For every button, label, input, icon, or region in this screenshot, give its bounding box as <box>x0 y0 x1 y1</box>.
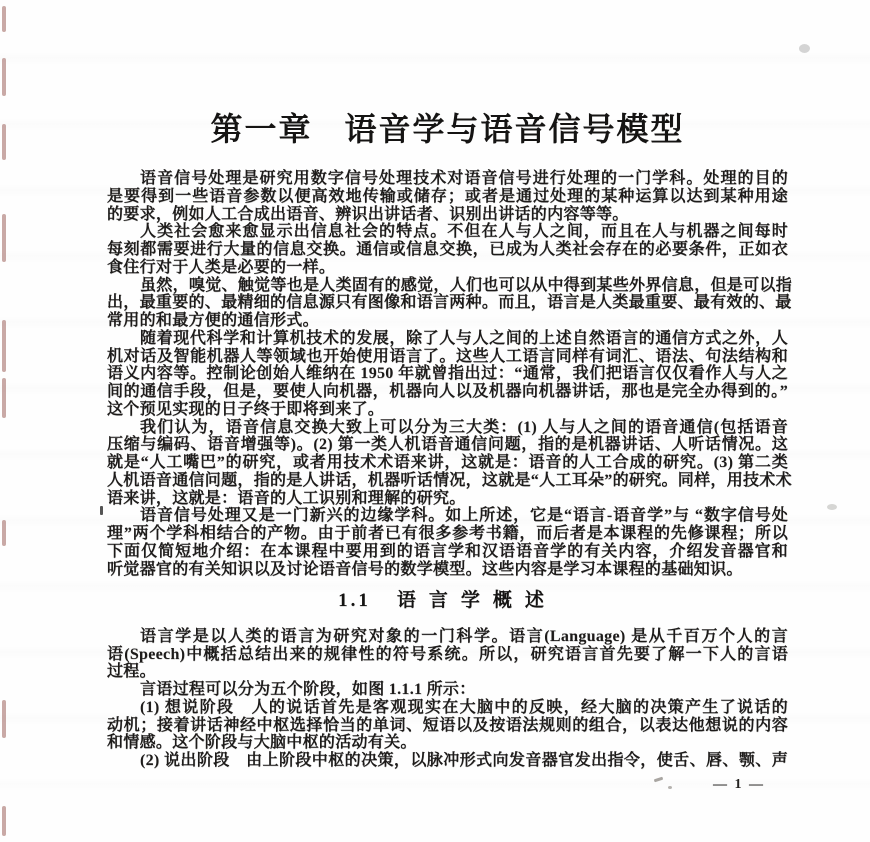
text-line: 和情感。这个阶段与大脑中枢的活动有关。 <box>107 734 788 752</box>
text-line: 动机；接着讲话神经中枢选择恰当的单词、短语以及按语法规则的组合，以表达他想说的内… <box>107 717 788 735</box>
paragraph: 言语过程可以分为五个阶段，如图 1.1.1 所示： <box>107 681 788 699</box>
scan-edge-mark <box>2 6 6 32</box>
section-heading: 1.1语言学概述 <box>107 589 788 613</box>
paragraph: 我们认为，语音信息交换大致上可以分为三大类：(1) 人与人之间的语音通信(包括语… <box>107 419 788 508</box>
body-blocks: 语音信号处理是研究用数字信号处理技术对语音信号进行处理的一门学科。处理的目的是要… <box>107 170 788 770</box>
scan-speck <box>827 504 837 510</box>
paragraph: (1) 想说阶段 人的说话首先是客观现实在大脑中的反映，经大脑的决策产生了说话的… <box>107 699 788 752</box>
text-line: 语音信号处理又是一门新兴的边缘学科。如上所述，它是“语言-语音学”与 “数字信号… <box>107 507 788 525</box>
text-line: 理”两个学科相结合的产物。由于前者已有很多参考书籍，而后者是本课程的先修课程；所… <box>107 525 788 543</box>
text-line: 语来讲，这就是：语音的人工识别和理解的研究。 <box>107 490 788 508</box>
text-line: 就是“人工嘴巴”的研究，或者用技术术语来讲，这就是：语音的人工合成的研究。(3)… <box>107 454 788 472</box>
text-line: 语音信号处理是研究用数字信号处理技术对语音信号进行处理的一门学科。处理的目的 <box>107 170 788 188</box>
text-line: 虽然，嗅觉、触觉等也是人类固有的感觉，人们也可以从中得到某些外界信息，但是可以指 <box>107 277 788 295</box>
paragraph: 语言学是以人类的语言为研究对象的一门科学。语言(Language) 是从千百万个… <box>107 628 788 681</box>
scan-edge-mark <box>2 806 6 836</box>
section-title-text: 语言学概述 <box>397 590 557 611</box>
page-content: 第一章语音学与语音信号模型 语音信号处理是研究用数字信号处理技术对语音信号进行处… <box>107 0 788 793</box>
text-line: 出，最重要的、最精细的信息源只有图像和语言两种。而且，语言是人类最重要、最有效的… <box>107 294 788 312</box>
text-line: 机对话及智能机器人等领域也开始使用语言了。这些人工语言同样有词汇、语法、句法结构… <box>107 348 788 366</box>
scan-edge-mark <box>2 214 6 262</box>
paragraph: 人类社会愈来愈显示出信息社会的特点。不但在人与人之间，而且在人与机器之间每时每刻… <box>107 223 788 276</box>
text-line: 间的通信手段，但是，要使人向机器，机器向人以及机器向机器讲话，那也是完全办得到的… <box>107 383 788 401</box>
text-line: 人类社会愈来愈显示出信息社会的特点。不但在人与人之间，而且在人与机器之间每时 <box>107 223 788 241</box>
text-line: 听觉器官的有关知识以及讨论语音信号的数学模型。这些内容是学习本课程的基础知识。 <box>107 561 788 579</box>
paragraph: (2) 说出阶段 由上阶段中枢的决策，以脉冲形式向发音器官发出指令，使舌、唇、颚… <box>107 752 788 770</box>
text-line: 语言学是以人类的语言为研究对象的一门科学。语言(Language) 是从千百万个… <box>107 628 788 646</box>
paragraph: 语音信号处理又是一门新兴的边缘学科。如上所述，它是“语言-语音学”与 “数字信号… <box>107 507 788 578</box>
scan-speck <box>100 506 103 515</box>
page-number: — 1 — <box>107 777 788 793</box>
text-line: (1) 想说阶段 人的说话首先是客观现实在大脑中的反映，经大脑的决策产生了说话的 <box>107 699 788 717</box>
scan-edge-mark <box>2 320 6 372</box>
paragraph: 随着现代科学和计算机技术的发展，除了人与人之间的上述自然语言的通信方式之外，人机… <box>107 330 788 419</box>
chapter-number: 第一章 <box>210 111 312 147</box>
text-line: 语义内容等。控制论创始人维纳在 1950 年就曾指出过：“通常，我们把语言仅仅看… <box>107 365 788 383</box>
text-line: (2) 说出阶段 由上阶段中枢的决策，以脉冲形式向发音器官发出指令，使舌、唇、颚… <box>107 752 788 770</box>
scan-edge-mark <box>2 378 6 418</box>
text-line: 语(Speech)中概括总结出来的规律性的符号系统。所以，研究语言首先要了解一下… <box>107 646 788 664</box>
text-line: 压缩与编码、语音增强等)。(2) 第一类人机语音通信问题，指的是机器讲话、人听话… <box>107 436 788 454</box>
text-line: 是要得到一些语音参数以便高效地传输或储存；或者是通过处理的某种运算以达到某种用途 <box>107 188 788 206</box>
text-line: 每刻都需要进行大量的信息交换。通信或信息交换，已成为人类社会存在的必要条件，正如… <box>107 241 788 259</box>
text-line: 言语过程可以分为五个阶段，如图 1.1.1 所示： <box>107 681 788 699</box>
scanned-book-page: 第一章语音学与语音信号模型 语音信号处理是研究用数字信号处理技术对语音信号进行处… <box>0 0 870 842</box>
scan-speck <box>799 44 810 53</box>
section-number: 1.1 <box>338 590 371 611</box>
text-line: 随着现代科学和计算机技术的发展，除了人与人之间的上述自然语言的通信方式之外，人 <box>107 330 788 348</box>
text-line: 常用的和最方便的通信形式。 <box>107 312 788 330</box>
text-line: 下面仅简短地介绍：在本课程中要用到的语言学和汉语语音学的有关内容，介绍发音器官和 <box>107 543 788 561</box>
paragraph: 语音信号处理是研究用数字信号处理技术对语音信号进行处理的一门学科。处理的目的是要… <box>107 170 788 223</box>
scan-edge-mark <box>2 124 6 160</box>
scan-edge-mark <box>2 700 6 738</box>
scan-edge-mark <box>2 58 6 96</box>
text-line: 过程。 <box>107 663 788 681</box>
text-line: 的要求，例如人工合成出语音、辨识出讲话者、识别出讲话的内容等等。 <box>107 206 788 224</box>
text-line: 我们认为，语音信息交换大致上可以分为三大类：(1) 人与人之间的语音通信(包括语… <box>107 419 788 437</box>
chapter-title-text: 语音学与语音信号模型 <box>345 111 685 147</box>
text-line: 人机语音通信问题，指的是人讲话，机器听话情况，这就是“人工耳朵”的研究。同样，用… <box>107 472 788 490</box>
chapter-title: 第一章语音学与语音信号模型 <box>107 0 788 148</box>
text-line: 这个预见实现的日子终于即将到来了。 <box>107 401 788 419</box>
paragraph: 虽然，嗅觉、触觉等也是人类固有的感觉，人们也可以从中得到某些外界信息，但是可以指… <box>107 277 788 330</box>
text-line: 食住行对于人类是必要的一样。 <box>107 259 788 277</box>
scan-edge-mark <box>2 520 6 546</box>
